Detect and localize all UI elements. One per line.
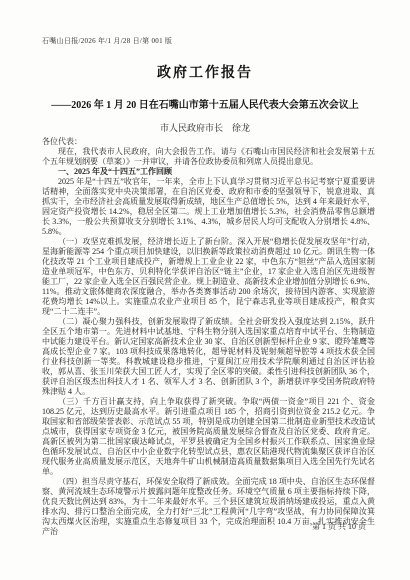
opening-paragraph: 现在，我代表市人民政府，向大会报告工作。请与《石嘴山市国民经济和社会发展第十五个… (42, 147, 375, 167)
body-paragraph: （一）攻坚克难抓发展，经济增长迈上了新台阶。深入开展“稳增长促发展攻坚年”行动，… (42, 237, 375, 317)
page-title: 政府工作报告 (0, 62, 410, 82)
byline: 市人民政府市长 徐龙 (0, 121, 410, 134)
document-page: 石嘴山日报/2026 年/1 月/28 日/第 001 版 政府工作报告 ——2… (0, 0, 410, 580)
section-heading: 一、2025 年及“十四五”工作回顾 (42, 167, 375, 177)
body-paragraph: （三）千方百计赢支持，向上争取获得了新突破。争取“两债一资金”项目 221 个、… (42, 397, 375, 477)
report-subtitle: ——2026 年 1 月 20 日在石嘴山市第十五届人民代表大会第五次会议上 (0, 96, 410, 111)
body-paragraph: （二）凝心聚力强科技，创新发展取得了新成绩。全社会研发投入强度达到 2.15%，… (42, 317, 375, 397)
report-body: 各位代表： 现在，我代表市人民政府，向大会报告工作。请与《石嘴山市国民经济和社会… (42, 137, 375, 537)
salutation: 各位代表： (42, 137, 375, 147)
body-paragraph: 2025 年是“十四五”收官年，一年来，全市上下认真学习贯彻习近平总书记考察宁夏… (42, 177, 375, 237)
newspaper-masthead: 石嘴山日报/2026 年/1 月/28 日/第 001 版 (42, 36, 172, 46)
page-number: 第 1 页 共 10 页 (312, 521, 366, 532)
